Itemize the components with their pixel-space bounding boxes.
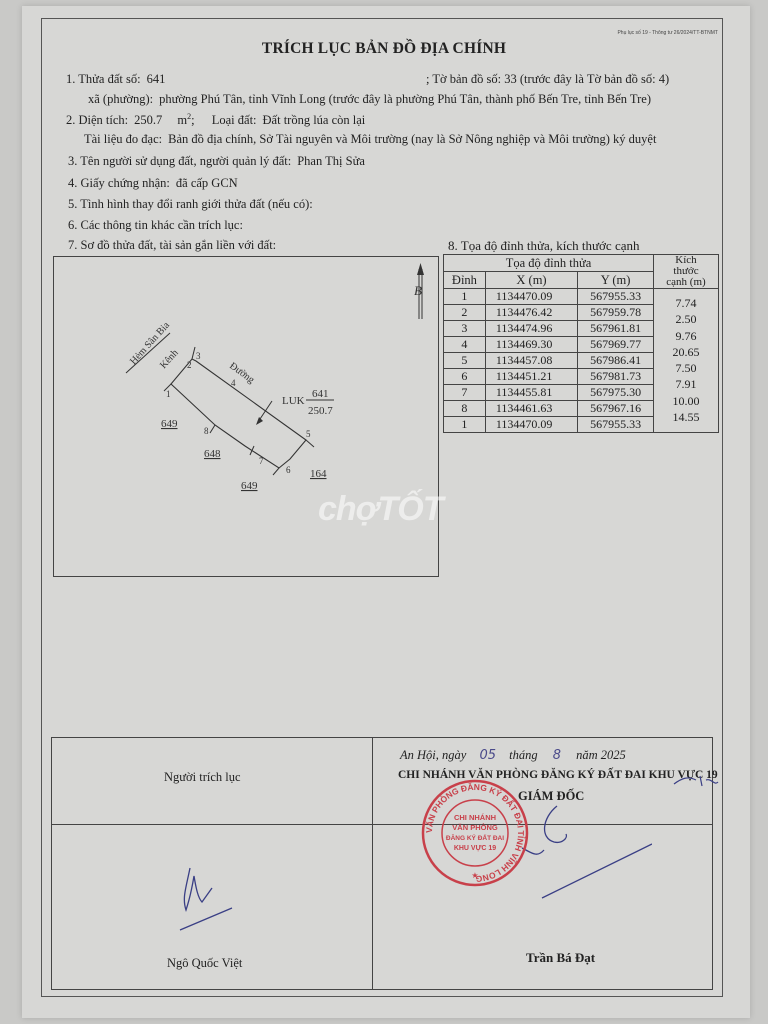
x-cell: 1134474.96 — [485, 321, 577, 337]
land-type-label: Loại đất: — [212, 113, 257, 127]
edge-length: 9.76 — [657, 328, 715, 344]
vertex-cell: 5 — [444, 353, 486, 369]
header-vertex: Đỉnh — [444, 272, 486, 289]
svg-text:CHI NHÁNH: CHI NHÁNH — [454, 813, 496, 822]
svg-text:7: 7 — [259, 456, 264, 466]
edge-length: 7.50 — [657, 360, 715, 376]
x-cell: 1134476.42 — [485, 305, 577, 321]
extractor-signature — [172, 858, 252, 938]
item-certificate: 4. Giấy chứng nhận:đã cấp GCN — [68, 176, 238, 191]
map-sheet: ; Tờ bản đồ số: 33 (trước đây là Tờ bản … — [426, 72, 669, 87]
item-sketch-label: 7. Sơ đồ thửa đất, tài sản gắn liền với … — [68, 238, 276, 253]
neighbor-parcel: 648 — [204, 448, 221, 460]
neighbor-parcel: 649 — [161, 418, 178, 430]
header-edge-length: Kíchthướccạnh (m) — [654, 255, 719, 289]
y-cell: 567981.73 — [578, 369, 654, 385]
item-area: 2. Diện tích:250.7 m2; Loại đất:Đất trồn… — [66, 112, 365, 128]
vertex-cell: 1 — [444, 417, 486, 433]
edge-length: 20.65 — [657, 344, 715, 360]
edge-length: 7.74 — [657, 295, 715, 311]
vertex-cell: 8 — [444, 401, 486, 417]
svg-text:2: 2 — [187, 360, 192, 370]
item-owner: 3. Tên người sử dụng đất, người quản lý … — [68, 154, 365, 169]
y-cell: 567959.78 — [578, 305, 654, 321]
extractor-name: Ngô Quốc Việt — [167, 956, 242, 971]
parcel-code: LUK — [282, 395, 305, 407]
area-label: 2. Diện tích: — [66, 113, 128, 127]
x-cell: 1134457.08 — [485, 353, 577, 369]
signature-section: Người trích lục An Hội, ngày 05 tháng 8 … — [51, 737, 713, 990]
item-boundary-change: 5. Tình hình thay đổi ranh giới thửa đất… — [68, 197, 313, 212]
director-name: Trần Bá Đạt — [526, 950, 595, 966]
coordinate-table: Tọa độ đỉnh thửa Kíchthướccạnh (m) Đỉnh … — [443, 254, 719, 433]
svg-text:VĂN PHÒNG: VĂN PHÒNG — [452, 823, 498, 832]
svg-text:4: 4 — [231, 378, 236, 388]
edge-length: 14.55 — [657, 409, 715, 425]
vertex-cell: 1 — [444, 289, 486, 305]
owner-value: Phan Thị Sửa — [297, 154, 365, 168]
survey-value: Bản đồ địa chính, Sở Tài nguyên và Môi t… — [168, 132, 656, 146]
svg-text:★: ★ — [471, 871, 478, 880]
y-cell: 567967.16 — [578, 401, 654, 417]
svg-text:8: 8 — [204, 426, 209, 436]
x-cell: 1134461.63 — [485, 401, 577, 417]
north-label: B — [414, 283, 422, 298]
area-unit: m — [177, 113, 187, 127]
x-cell: 1134451.21 — [485, 369, 577, 385]
parcel-label: 1. Thửa đất số: — [66, 72, 141, 86]
vertex-cell: 4 — [444, 337, 486, 353]
y-cell: 567955.33 — [578, 289, 654, 305]
survey-line: Tài liệu đo đạc:Bản đồ địa chính, Sở Tài… — [84, 132, 656, 147]
owner-label: 3. Tên người sử dụng đất, người quản lý … — [68, 154, 291, 168]
initial-mark — [672, 772, 722, 792]
edge-length: 10.00 — [657, 393, 715, 409]
y-cell: 567969.77 — [578, 337, 654, 353]
vertex-cell: 2 — [444, 305, 486, 321]
survey-label: Tài liệu đo đạc: — [84, 132, 162, 146]
ward-line: xã (phường):phường Phú Tân, tỉnh Vĩnh Lo… — [88, 92, 651, 107]
north-arrow-icon: B — [414, 263, 424, 319]
svg-text:3: 3 — [196, 351, 201, 361]
svg-text:5: 5 — [306, 429, 311, 439]
header-y: Y (m) — [578, 272, 654, 289]
x-cell: 1134470.09 — [485, 289, 577, 305]
svg-text:1: 1 — [166, 389, 171, 399]
watermark: chợTỐT — [318, 490, 443, 529]
header-coords-group: Tọa độ đỉnh thửa — [444, 255, 654, 272]
official-stamp: VĂN PHÒNG ĐĂNG KÝ ĐẤT ĐAI TỈNH VĨNH LONG… — [420, 778, 530, 888]
date-line: An Hội, ngày 05 tháng 8 năm 2025 — [400, 748, 626, 763]
land-type-value: Đất trồng lúa còn lại — [263, 113, 366, 127]
item-coords-label: 8. Tọa độ đỉnh thửa, kích thước cạnh — [448, 238, 640, 254]
parcel-area-label: 250.7 — [308, 405, 333, 417]
item-other-info: 6. Các thông tin khác cần trích lục: — [68, 218, 243, 233]
edge-length: 7.91 — [657, 376, 715, 392]
y-cell: 567955.33 — [578, 417, 654, 433]
canal-label: Kênh — [158, 348, 181, 371]
y-cell: 567975.30 — [578, 385, 654, 401]
x-cell: 1134470.09 — [485, 417, 577, 433]
ward-label: xã (phường): — [88, 92, 153, 106]
edge-length: 2.50 — [657, 311, 715, 327]
x-cell: 1134455.81 — [485, 385, 577, 401]
vertex-cell: 6 — [444, 369, 486, 385]
y-cell: 567986.41 — [578, 353, 654, 369]
header-x: X (m) — [485, 272, 577, 289]
item-parcel: 1. Thửa đất số:641 — [66, 72, 165, 87]
extractor-title: Người trích lục — [164, 770, 241, 785]
neighbor-parcel: 649 — [241, 480, 258, 492]
table-row: 11134470.09567955.337.742.509.7620.657.5… — [444, 289, 719, 305]
document-title: TRÍCH LỤC BẢN ĐỒ ĐỊA CHÍNH — [0, 40, 768, 58]
parcel-number: 641 — [147, 72, 166, 86]
certificate-value: đã cấp GCN — [176, 176, 238, 190]
svg-text:KHU VỰC 19: KHU VỰC 19 — [454, 845, 496, 852]
area-value: 250.7 — [134, 113, 162, 127]
svg-text:ĐĂNG KÝ ĐẤT ĐAI: ĐĂNG KÝ ĐẤT ĐAI — [446, 832, 504, 842]
edge-lengths-cell: 7.742.509.7620.657.507.9110.0014.55 — [654, 289, 719, 433]
ward-value: phường Phú Tân, tỉnh Vĩnh Long (trước đâ… — [159, 92, 651, 106]
parcel-number-label: 641 — [312, 388, 329, 400]
vertex-cell: 7 — [444, 385, 486, 401]
vertex-cell: 3 — [444, 321, 486, 337]
area-sep: ; — [191, 113, 194, 127]
neighbor-parcel: 164 — [310, 468, 327, 480]
certificate-label: 4. Giấy chứng nhận: — [68, 176, 170, 190]
x-cell: 1134469.30 — [485, 337, 577, 353]
y-cell: 567961.81 — [578, 321, 654, 337]
svg-text:6: 6 — [286, 465, 291, 475]
reference-note: Phụ lục số 19 - Thông tư 26/2024/TT-BTNM… — [617, 30, 718, 36]
